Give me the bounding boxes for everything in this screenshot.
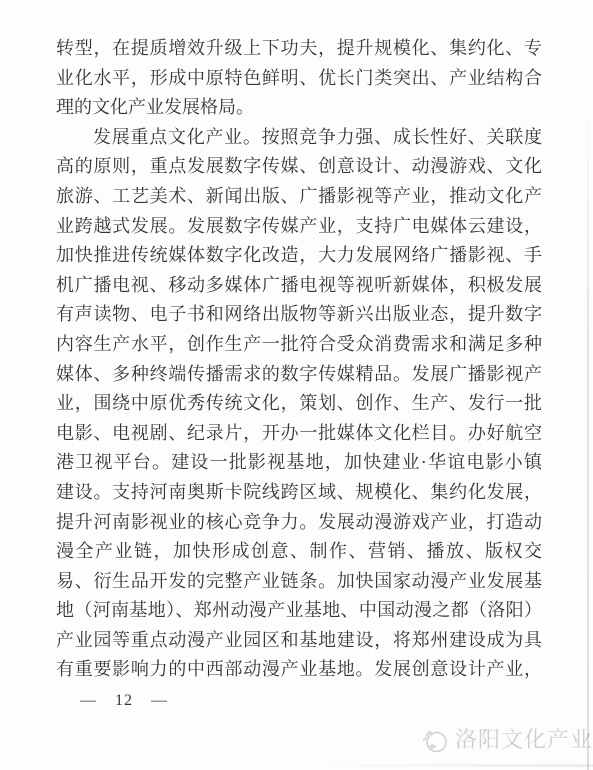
text-line: 漫全产业链，加快形成创意、制作、营销、播放、版权交 [56,537,542,567]
watermark-label: 洛阳文化产业 [455,726,593,754]
text-line: 产业园等重点动漫产业园区和基地建设，将郑州建设成为具 [56,626,542,656]
text-line: 易、衍生品开发的完整产业链条。加快国家动漫产业发展基 [56,567,542,597]
text-line: 地（河南基地）、郑州动漫产业基地、中国动漫之都（洛阳） [56,596,542,626]
page-number: — 12 — [80,691,168,711]
document-page: 转型，在提质增效升级上下功夫，提升规模化、集约化、专 业化水平，形成中原特色鲜明… [0,0,593,770]
text-line: 建设。支持河南奥斯卡院线跨区域、规模化、集约化发展， [56,478,542,508]
text-line: 理的文化产业发展格局。 [56,93,542,123]
scan-edge-line [587,95,589,770]
text-line: 业化水平，形成中原特色鲜明、优长门类突出、产业结构合 [56,64,542,94]
text-line: 内容生产水平，创作生产一批符合受众消费需求和满足多种 [56,330,542,360]
text-line: 媒体、多种终端传播需求的数字传媒精品。发展广播影视产 [56,360,542,390]
scan-edge-smudge [300,764,593,767]
text-line: 有声读物、电子书和网络出版物等新兴出版业态，提升数字 [56,300,542,330]
text-line: 机广播电视、移动多媒体广播电视等视听新媒体，积极发展 [56,271,542,301]
text-line: 提升河南影视业的核心竞争力。发展动漫游戏产业，打造动 [56,508,542,538]
text-line: 加快推进传统媒体数字化改造，大力发展网络广播影视、手 [56,241,542,271]
text-line: 发展重点文化产业。按照竞争力强、成长性好、关联度 [56,123,542,153]
text-line: 有重要影响力的中西部动漫产业基地。发展创意设计产业， [56,655,542,685]
text-line: 转型，在提质增效升级上下功夫，提升规模化、集约化、专 [56,34,542,64]
text-line: 港卫视平台。建设一批影视基地，加快建业·华谊电影小镇 [56,448,542,478]
text-line: 业，围绕中原优秀传统文化，策划、创作、生产、发行一批 [56,389,542,419]
watermark: 洛阳文化产业 [421,726,593,754]
text-line: 高的原则，重点发展数字传媒、创意设计、动漫游戏、文化 [56,152,542,182]
document-body: 转型，在提质增效升级上下功夫，提升规模化、集约化、专 业化水平，形成中原特色鲜明… [56,34,542,685]
text-line: 电影、电视剧、纪录片，开办一批媒体文化栏目。办好航空 [56,419,542,449]
text-line: 业跨越式发展。发展数字传媒产业，支持广电媒体云建设， [56,212,542,242]
text-line: 旅游、工艺美术、新闻出版、广播影视等产业，推动文化产 [56,182,542,212]
wechat-account-logo-icon [421,726,449,754]
